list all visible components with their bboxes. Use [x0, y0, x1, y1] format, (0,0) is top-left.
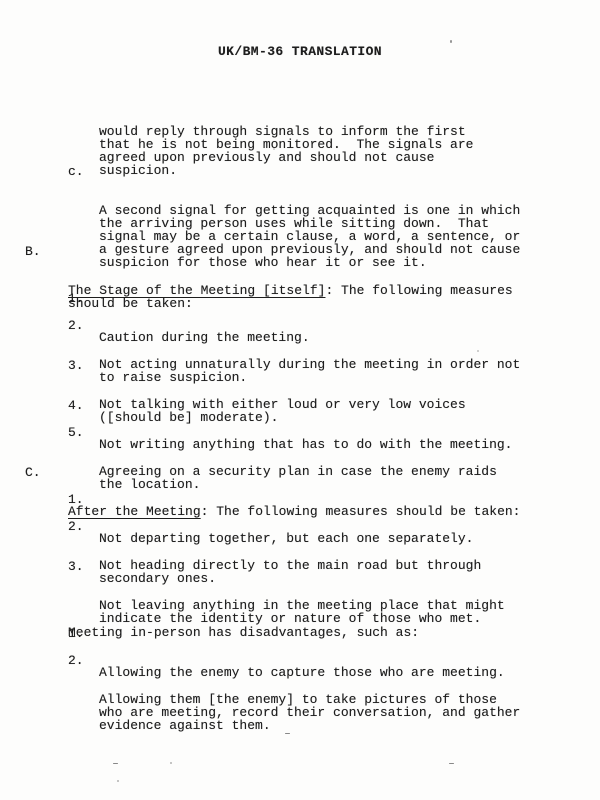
scan-artifact — [449, 763, 454, 764]
scan-artifact — [477, 350, 479, 352]
scan-artifact — [113, 763, 118, 764]
list-item-label: 2. — [68, 319, 84, 332]
scan-artifact — [285, 733, 290, 734]
list-item-label: 5. — [68, 426, 84, 439]
list-item-text: Allowing them [the enemy] to take pictur… — [99, 693, 600, 732]
list-item-label: 1. — [68, 493, 84, 506]
section-letter: B. — [25, 245, 41, 258]
section-letter: C. — [25, 466, 41, 479]
scan-artifact — [170, 762, 172, 764]
document-title: UK/BM-36 TRANSLATION — [0, 45, 600, 58]
list-item-label: 2. — [68, 654, 84, 667]
list-item-label: 2. — [68, 520, 84, 533]
scan-artifact — [117, 780, 119, 782]
list-item-label: c. — [68, 165, 84, 178]
list-item-label: 4. — [68, 399, 84, 412]
list-item-label: 1. — [68, 627, 84, 640]
scan-artifact — [450, 40, 452, 43]
scan-artifact — [273, 148, 275, 150]
list-item: 2. Allowing them [the enemy] to take pic… — [0, 654, 600, 758]
list-item-label: 1. — [68, 292, 84, 305]
list-item-label: 3. — [68, 359, 84, 372]
list-item-label: 3. — [68, 560, 84, 573]
document-page: UK/BM-36 TRANSLATION would reply through… — [0, 0, 600, 800]
